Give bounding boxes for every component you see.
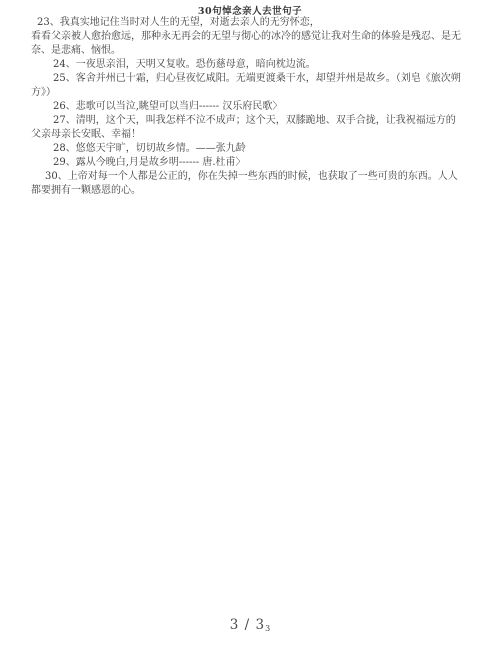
quote-paragraph-30: 30、上帝对每一个人都是公正的，你在失掉一些东西的时候，也获取了一些可贵的东西。… <box>31 170 465 198</box>
quote-23-continuation: 看看父亲被人愈抬愈远，那种永无再会的无望与彻心的冰冷的感觉让我对生命的体验是残忍… <box>31 31 461 56</box>
quote-23-line1: 23、我真实地记住当时对人生的无望，对逝去亲人的无穷怀恋， <box>37 17 320 28</box>
quote-paragraph-24: 24、一夜思亲泪，天明又复收。恐伤慈母意，暗向枕边流。 <box>31 58 465 72</box>
quote-paragraph-29: 29、露从今晚白,月是故乡明------ 唐.杜甫〉 <box>31 156 465 170</box>
quote-paragraph-23: 23、我真实地记住当时对人生的无望，对逝去亲人的无穷怀恋，看看父亲被人愈抬愈远，… <box>31 16 465 58</box>
document-title: 30句悼念亲人去世句子 <box>0 3 500 17</box>
page-number-separator: / <box>245 617 251 633</box>
page-number-current: 3 <box>230 617 240 633</box>
page-number-total: 3 <box>256 617 266 633</box>
document-body: 23、我真实地记住当时对人生的无望，对逝去亲人的无穷怀恋，看看父亲被人愈抬愈远，… <box>31 16 465 198</box>
page-number-footer: 3 / 33 <box>0 617 500 633</box>
quote-paragraph-27: 27、清明，这个天，叫我怎样不泣不成声；这个天，双膝跪地、双手合拢，让我祝福远方… <box>31 114 465 142</box>
quote-paragraph-28: 28、悠悠天宇旷，切切故乡情。——张九龄 <box>31 142 465 156</box>
page-number-total-subscript: 3 <box>265 624 270 633</box>
quote-paragraph-26: 26、悲歌可以当泣,眺望可以当归------ 汉乐府民歌〉 <box>31 100 465 114</box>
document-page: 30句悼念亲人去世句子 23、我真实地记住当时对人生的无望，对逝去亲人的无穷怀恋… <box>0 0 500 647</box>
quote-paragraph-25: 25、客舍并州已十霜，归心昼夜忆咸阳。无端更渡桑干水，却望并州是故乡。（刘皂《旅… <box>31 72 465 100</box>
